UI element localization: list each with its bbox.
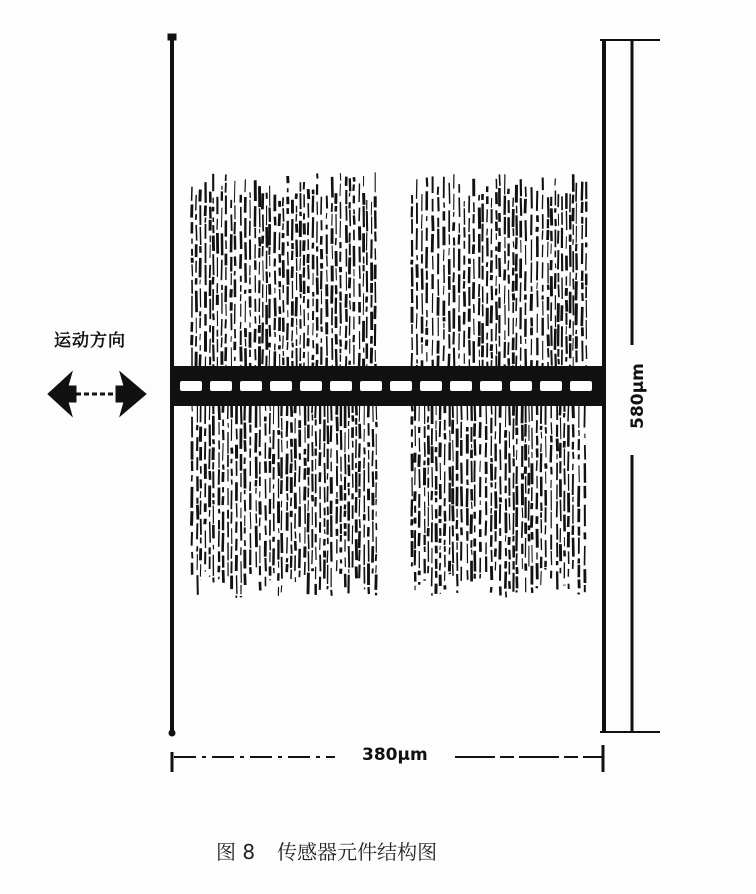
central-bar — [170, 366, 606, 406]
height-dimension-label: 580μm — [628, 360, 648, 432]
motion-direction-label: 运动方向 — [54, 326, 126, 351]
motion-direction-arrow-icon — [48, 372, 146, 416]
sensor-structure-figure: 运动方向 380μm 580μm 图 8传感器元件结构图 — [0, 0, 756, 894]
caption-number: 图 8 — [216, 840, 255, 864]
figure-caption: 图 8传感器元件结构图 — [216, 836, 437, 865]
caption-title: 传感器元件结构图 — [277, 840, 437, 864]
left-top-mark — [168, 34, 176, 40]
left-bottom-mark — [169, 730, 175, 736]
width-dimension-label: 380μm — [358, 745, 432, 765]
